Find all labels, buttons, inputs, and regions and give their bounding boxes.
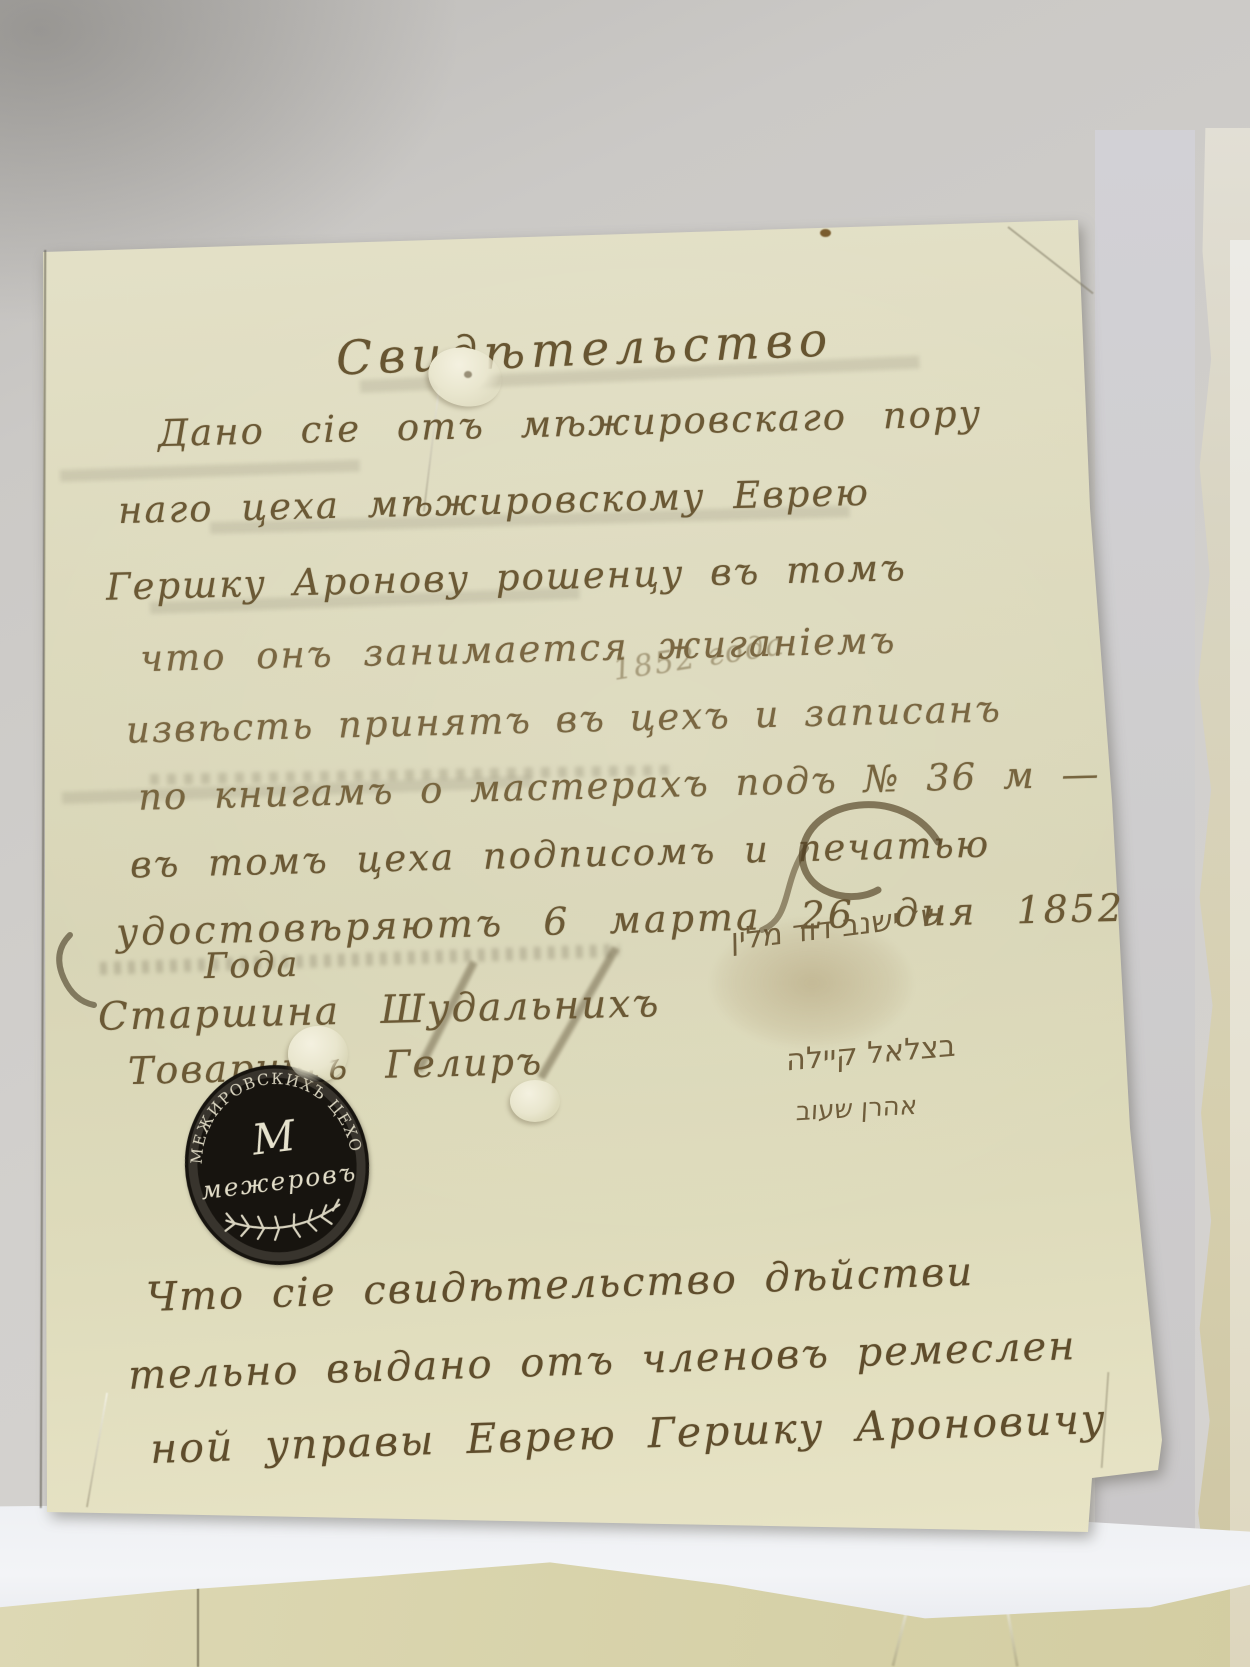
- ink-flourish: [0, 0, 1250, 1667]
- photo-of-document: 1852 года Свидѣтельство Дано сіе отъ мѣж…: [0, 0, 1250, 1667]
- wax-seal-stamp: МЕЖИРОВСКИХЪ ЦЕХОВЪ ПЕЧАТЬ М межеровъ: [170, 1051, 384, 1279]
- paper-damage-bump: [288, 1026, 348, 1082]
- handwriting-layer: Свидѣтельство Дано сіе отъ мѣжировскаго …: [0, 0, 1250, 1667]
- seal-monogram: М: [248, 1111, 299, 1165]
- paper-hole-shadow: [464, 371, 472, 378]
- paper-damage-bump: [510, 1080, 560, 1122]
